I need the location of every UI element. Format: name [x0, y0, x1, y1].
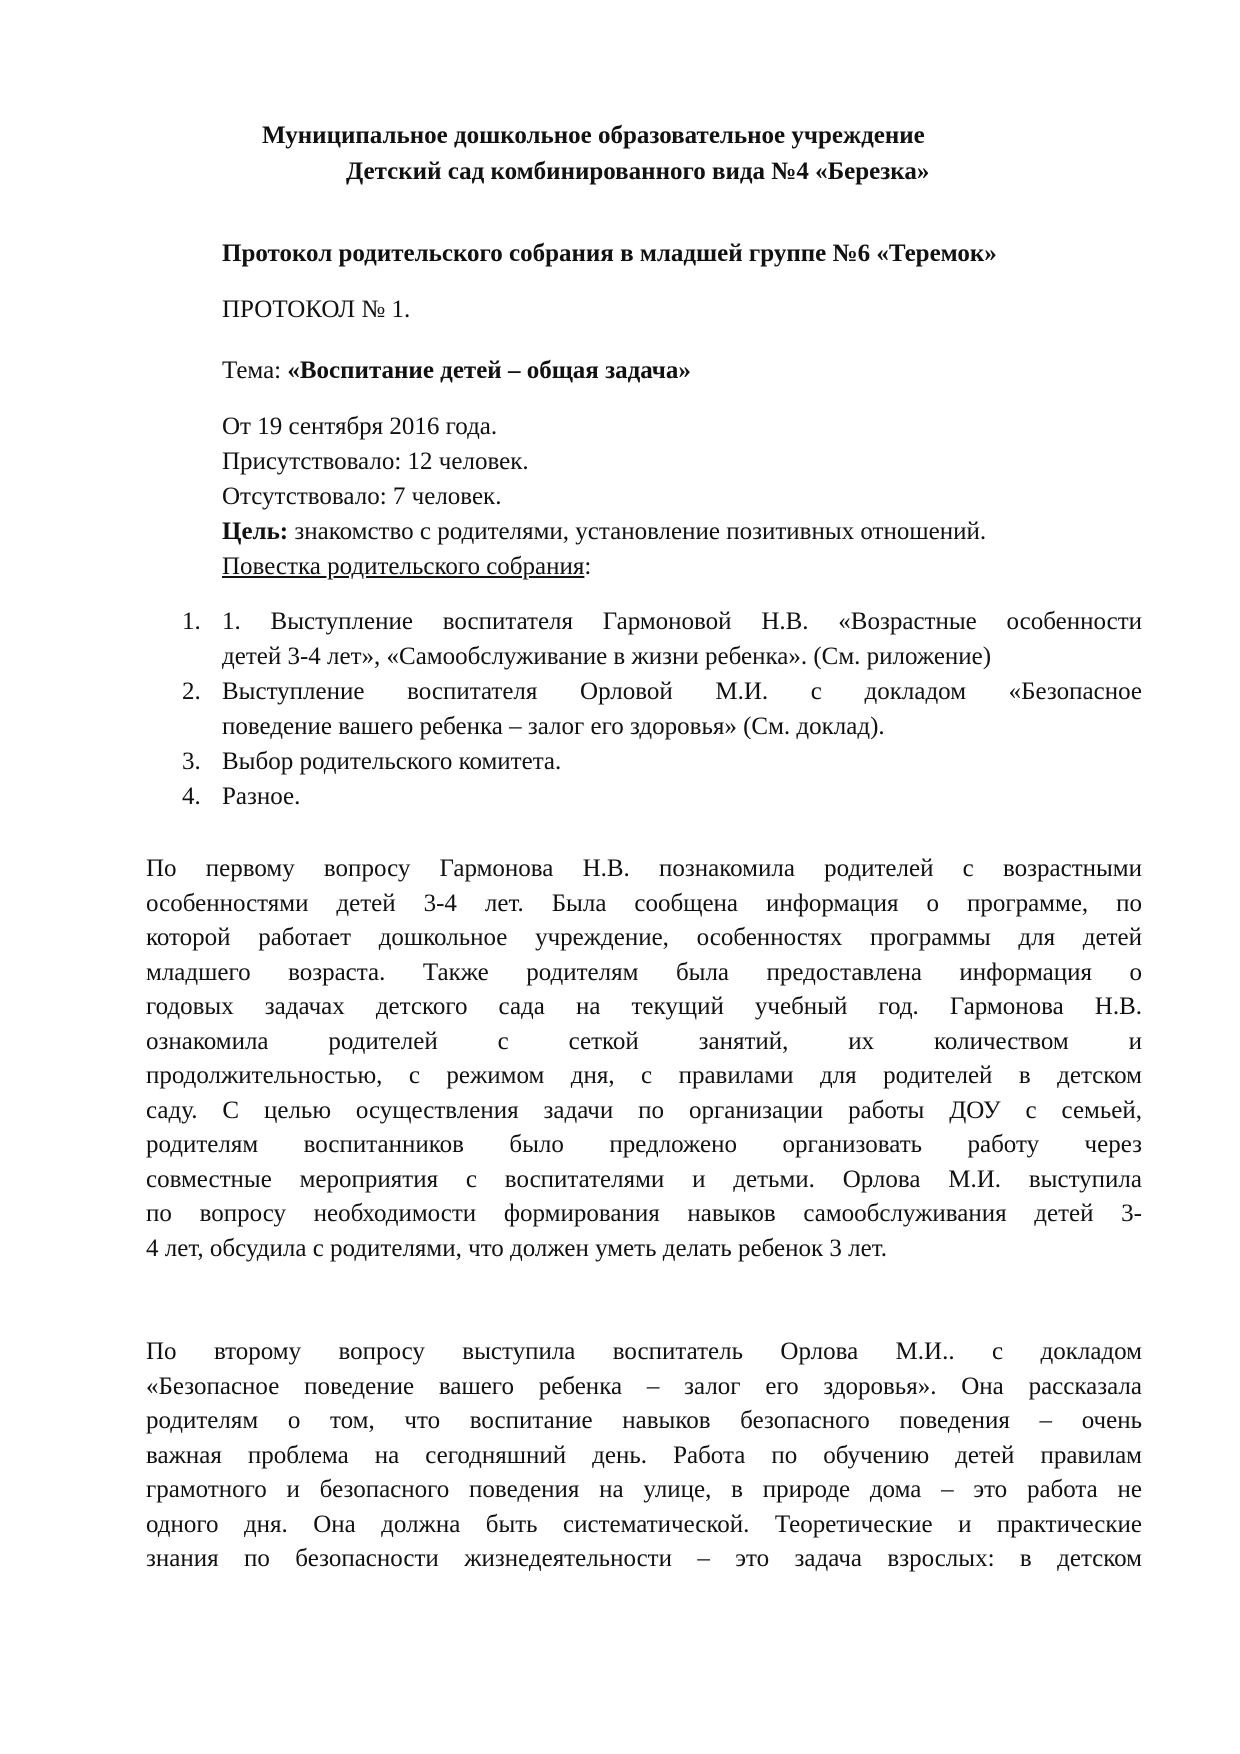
- paragraph-line: младшего возраста. Также родителям была …: [146, 956, 1142, 991]
- agenda-item-number: 2.: [182, 674, 201, 709]
- attendance-present: Присутствовало: 12 человек.: [222, 445, 1142, 480]
- discussion-paragraph-second-question: По второму вопросу выступила воспитатель…: [146, 1335, 1142, 1577]
- paragraph-line: родителям воспитанников было предложено …: [146, 1128, 1142, 1163]
- agenda-item-line: Разное.: [222, 779, 1142, 814]
- paragraph-line: саду. С целью осуществления задачи по ор…: [146, 1094, 1142, 1129]
- paragraph-line: совместные мероприятия с воспитателями и…: [146, 1163, 1142, 1198]
- agenda-item-line: детей 3-4 лет», «Самообслуживание в жизн…: [222, 639, 1142, 674]
- agenda-item: 1. 1. Выступление воспитателя Гармоновой…: [182, 604, 1142, 674]
- agenda-colon: :: [584, 553, 591, 580]
- institution-name-line2: Детский сад комбинированного вида №4 «Бе…: [346, 154, 929, 190]
- agenda-item: 4. Разное.: [182, 779, 1142, 814]
- agenda-item-number: 4.: [182, 779, 201, 814]
- goal-text: знакомство с родителями, установление по…: [288, 518, 986, 545]
- paragraph-line: «Безопасное поведение вашего ребенка – з…: [146, 1370, 1142, 1405]
- topic-label: Тема:: [222, 357, 287, 384]
- agenda-item-line: Выбор родительского комитета.: [222, 744, 1142, 779]
- protocol-number: ПРОТОКОЛ № 1.: [222, 293, 410, 328]
- paragraph-line: продолжительностью, с режимом дня, с пра…: [146, 1059, 1142, 1094]
- attendance-absent: Отсутствовало: 7 человек.: [222, 480, 1142, 515]
- paragraph-line: важная проблема на сегодняшний день. Раб…: [146, 1439, 1142, 1474]
- agenda-item-number: 3.: [182, 744, 201, 779]
- paragraph-line: грамотного и безопасного поведения на ул…: [146, 1473, 1142, 1508]
- discussion-paragraph-first-question: По первому вопросу Гармонова Н.В. познак…: [146, 852, 1142, 1266]
- agenda-title: Повестка родительского собрания: [222, 553, 584, 580]
- paragraph-line: По второму вопросу выступила воспитатель…: [146, 1335, 1142, 1370]
- paragraph-line: По первому вопросу Гармонова Н.В. познак…: [146, 852, 1142, 887]
- paragraph-line: одного дня. Она должна быть систематичес…: [146, 1508, 1142, 1543]
- meeting-date: От 19 сентября 2016 года.: [222, 410, 1142, 445]
- agenda-item: 2. Выступление воспитателя Орловой М.И. …: [182, 674, 1142, 744]
- document-page: Муниципальное дошкольное образовательное…: [0, 0, 1240, 1754]
- agenda-item-line: Выступление воспитателя Орловой М.И. с д…: [222, 674, 1142, 709]
- agenda-heading: Повестка родительского собрания:: [222, 550, 1142, 585]
- paragraph-line: которой работает дошкольное учреждение, …: [146, 921, 1142, 956]
- agenda-list: 1. 1. Выступление воспитателя Гармоновой…: [182, 604, 1142, 814]
- agenda-item-number: 1.: [182, 604, 201, 639]
- meeting-topic: Тема: «Воспитание детей – общая задача»: [222, 354, 691, 389]
- paragraph-line: годовых задачах детского сада на текущий…: [146, 990, 1142, 1025]
- meeting-meta: От 19 сентября 2016 года. Присутствовало…: [222, 410, 1142, 585]
- meeting-goal: Цель: знакомство с родителями, установле…: [222, 515, 1142, 550]
- paragraph-line: по вопросу необходимости формирования на…: [146, 1197, 1142, 1232]
- paragraph-line: особенностями детей 3-4 лет. Была сообще…: [146, 887, 1142, 922]
- paragraph-line: ознакомила родителей с сеткой занятий, и…: [146, 1025, 1142, 1060]
- agenda-item-line: поведение вашего ребенка – залог его здо…: [222, 709, 1142, 744]
- paragraph-line: знания по безопасности жизнедеятельности…: [146, 1542, 1142, 1577]
- paragraph-line: родителям о том, что воспитание навыков …: [146, 1404, 1142, 1439]
- goal-label: Цель:: [222, 518, 288, 545]
- paragraph-line: 4 лет, обсудила с родителями, что должен…: [146, 1232, 1142, 1267]
- institution-name-line1: Муниципальное дошкольное образовательное…: [262, 118, 925, 154]
- agenda-item-line: 1. Выступление воспитателя Гармоновой Н.…: [222, 604, 1142, 639]
- agenda-item: 3. Выбор родительского комитета.: [182, 744, 1142, 779]
- topic-value: «Воспитание детей – общая задача»: [287, 357, 691, 384]
- protocol-title: Протокол родительского собрания в младше…: [222, 237, 997, 272]
